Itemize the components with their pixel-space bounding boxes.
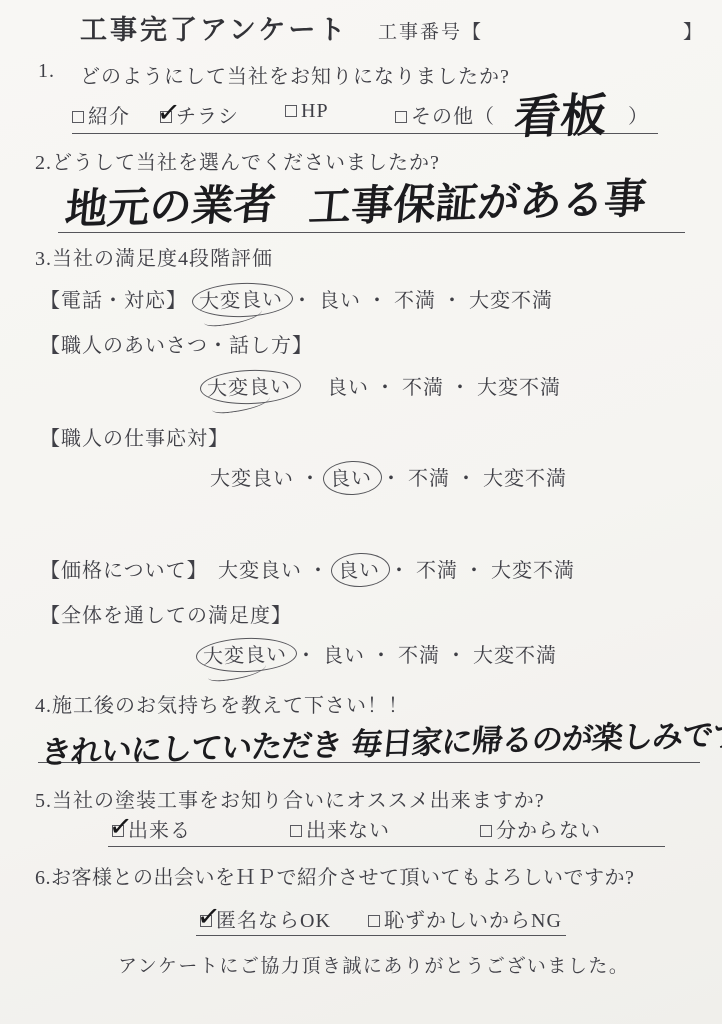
check-icon: ✓ [196, 903, 223, 931]
rating-circle-price: 良い [330, 552, 390, 588]
rating-separator: ・ [308, 560, 329, 582]
q2-answer-part1: 地元の業者 [63, 171, 279, 236]
q1-option-hp: HP [285, 100, 329, 123]
q5-option-no-label: 出来ない [306, 820, 390, 842]
rating-category-work: 【職人の仕事応対】 [40, 422, 229, 451]
rating-option: 不満 [402, 377, 444, 399]
rating-separator: ・ [300, 468, 321, 490]
q1-option-referral-label: 紹介 [88, 106, 130, 128]
q6-options-row: ✓匿名ならOK 恥ずかしいからNG [196, 902, 566, 936]
q1-option-hp-label: HP [301, 100, 329, 122]
q1-options-row: 紹介 ✓チラシ HP その他（ 看板 ） [72, 96, 658, 134]
rating-option: 不満 [416, 560, 458, 582]
rating-options-phone: 大変良い・良い・不満・大変不満 [196, 284, 553, 314]
q6-option-ok: ✓匿名ならOK [200, 904, 331, 933]
rating-option: 良い [330, 467, 373, 490]
job-number-close-bracket: 】 [683, 17, 702, 44]
rating-option: 大変不満 [473, 645, 557, 667]
rating-options-price: 大変良い・良い・不満・大変不満 [218, 554, 575, 584]
rating-separator: ・ [375, 377, 396, 399]
rating-options-work: 大変良い・良い・不満・大変不満 [210, 462, 567, 492]
q5-option-unknown-label: 分からない [496, 820, 601, 842]
rating-option: 大変不満 [491, 560, 575, 582]
footer-thanks: アンケートにご協力頂き誠にありがとうございました。 [118, 951, 629, 978]
q5-option-yes-label: 出来る [128, 820, 191, 842]
rating-category-greeting: 【職人のあいさつ・話し方】 [40, 329, 313, 358]
q1-option-other-close: ） [628, 100, 649, 129]
rating-option: 良い [338, 559, 381, 582]
check-icon: ✓ [156, 99, 183, 127]
q6-option-ng: 恥ずかしいからNG [368, 904, 562, 933]
rating-separator: ・ [381, 468, 402, 490]
rating-category-overall: 【全体を通しての満足度】 [40, 599, 292, 628]
rating-circle-phone: 大変良い [191, 281, 293, 319]
rating-option: 大変良い [218, 560, 302, 582]
survey-scan: 工事完了アンケート 工事番号【 】 1. どのようにして当社をお知りになりました… [0, 0, 722, 1024]
q6-option-ng-label: 恥ずかしいからNG [384, 910, 562, 932]
q5-option-no: 出来ない [290, 814, 390, 843]
rating-separator: ・ [292, 290, 313, 312]
rating-separator: ・ [456, 468, 477, 490]
rating-option: 大変良い [207, 376, 292, 401]
q2-answer-part2: 工事保証がある事 [307, 166, 650, 235]
rating-category-phone: 【電話・対応】 [40, 284, 187, 313]
rating-circle-greeting: 大変良い [199, 368, 301, 406]
rating-option: 不満 [394, 290, 436, 312]
q5-option-unknown: 分からない [480, 814, 601, 843]
rating-separator: ・ [450, 377, 471, 399]
rating-option: 良い [327, 377, 369, 399]
q4-answer-handwritten: きれいにしていただき 毎日家に帰るのが楽しみです [39, 709, 722, 772]
checkbox-yes-icon: ✓ [112, 825, 124, 837]
checkbox-ng-icon [368, 915, 380, 927]
q4-answer-row: きれいにしていただき 毎日家に帰るのが楽しみです [38, 710, 700, 763]
q1-option-other-label: その他（ [411, 106, 495, 128]
rating-separator: ・ [446, 645, 467, 667]
q5-option-yes: ✓出来る [112, 814, 191, 843]
checkbox-unknown-icon [480, 825, 492, 837]
rating-separator: ・ [464, 560, 485, 582]
rating-option: 大変良い [210, 468, 294, 490]
rating-option: 大変不満 [469, 290, 553, 312]
page-title: 工事完了アンケート [80, 8, 348, 47]
q1-option-referral: 紹介 [72, 100, 130, 129]
checkbox-other-icon [395, 111, 407, 123]
checkbox-flyer-icon: ✓ [160, 111, 172, 123]
rating-option: 良い [323, 645, 365, 667]
checkbox-hp-icon [285, 105, 297, 117]
rating-separator: ・ [367, 290, 388, 312]
rating-option: 大変良い [203, 644, 288, 669]
rating-circle-overall: 大変良い [195, 636, 297, 674]
checkbox-no-icon [290, 825, 302, 837]
rating-separator: ・ [371, 645, 392, 667]
checkbox-ok-icon: ✓ [200, 915, 212, 927]
rating-option: 大変良い [199, 289, 284, 314]
rating-options-overall: 大変良い・良い・不満・大変不満 [200, 639, 557, 669]
q5-options-row: ✓出来る 出来ない 分からない [108, 812, 665, 847]
rating-category-price: 【価格について】 [40, 554, 208, 583]
q1-option-other: その他（ [395, 100, 495, 129]
q3-heading: 3.当社の満足度4段階評価 [35, 242, 273, 271]
q2-answer-row: 地元の業者 工事保証がある事 [58, 168, 685, 233]
rating-option: 大変不満 [483, 468, 567, 490]
q1-option-flyer: ✓チラシ [160, 100, 239, 129]
q1-option-flyer-label: チラシ [176, 106, 239, 128]
rating-circle-work: 良い [322, 460, 382, 496]
q1-heading: どのようにして当社をお知りになりましたか? [80, 60, 510, 89]
rating-option: 大変不満 [477, 377, 561, 399]
rating-option: 不満 [408, 468, 450, 490]
q6-heading: 6.お客様との出会いをＨＰで紹介させて頂いてもよろしいですか? [35, 861, 634, 890]
q6-option-ok-label: 匿名ならOK [216, 910, 331, 932]
q1-other-handwritten-answer: 看板 [512, 79, 611, 147]
rating-separator: ・ [389, 560, 410, 582]
rating-option: 不満 [398, 645, 440, 667]
job-number-label: 工事番号【 [378, 17, 483, 44]
rating-option: 良い [319, 290, 361, 312]
check-icon: ✓ [108, 813, 135, 841]
rating-separator: ・ [296, 645, 317, 667]
q1-number: 1. [38, 60, 55, 83]
checkbox-referral-icon [72, 111, 84, 123]
rating-options-greeting: 大変良い・良い・不満・大変不満 [204, 371, 561, 401]
rating-separator: ・ [442, 290, 463, 312]
